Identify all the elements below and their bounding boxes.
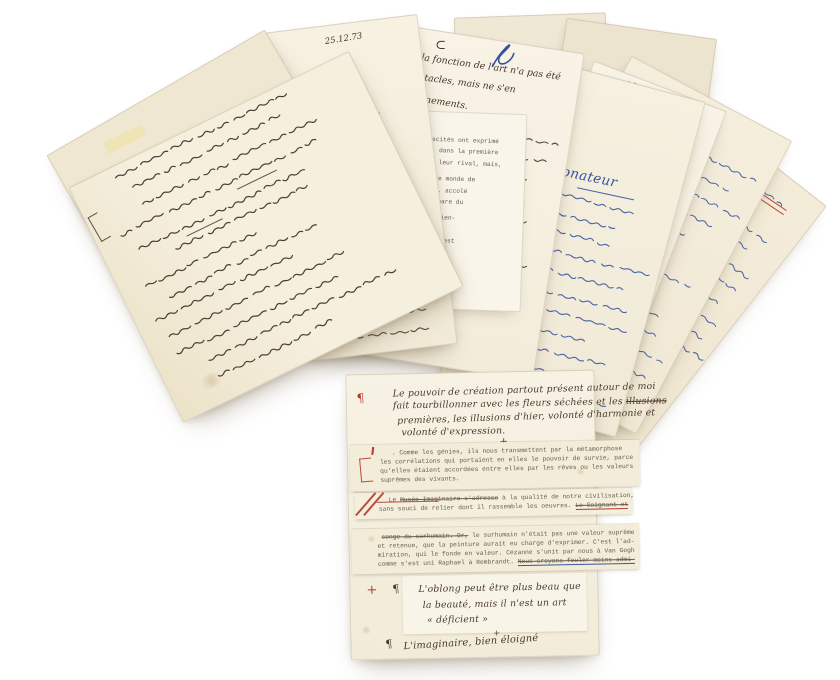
typed-collage-page: Le pouvoir de création partout présent a…	[345, 370, 599, 661]
red-plus-mark: +	[366, 583, 377, 598]
typed-strip-2: Le Musée Imaginaire s'adresse à la quali…	[355, 488, 633, 519]
red-bracket-mark	[359, 458, 373, 483]
pilcrow-mark: ¶	[392, 582, 400, 596]
typed-strip-1: . Comme les génies, ils nous transmetten…	[350, 440, 641, 491]
red-pilcrow-mark: ¶	[356, 391, 365, 406]
yellowed-tab	[103, 124, 146, 154]
typed-strip-3: songe du surhumain. Or, le surhumain n'é…	[351, 524, 640, 574]
final-handwritten-line: L'imaginaire, bien éloigné	[403, 633, 538, 652]
manuscript-lot-photo: Donateur ⊂ que la fonction de l'art n'a …	[0, 0, 840, 680]
pilcrow-mark: ¶	[385, 637, 393, 651]
handwritten-intro: Le pouvoir de création partout présent a…	[393, 383, 592, 440]
foxing-spot	[361, 625, 371, 635]
handwritten-note: L'oblong peut être plus beau quela beaut…	[418, 579, 581, 629]
